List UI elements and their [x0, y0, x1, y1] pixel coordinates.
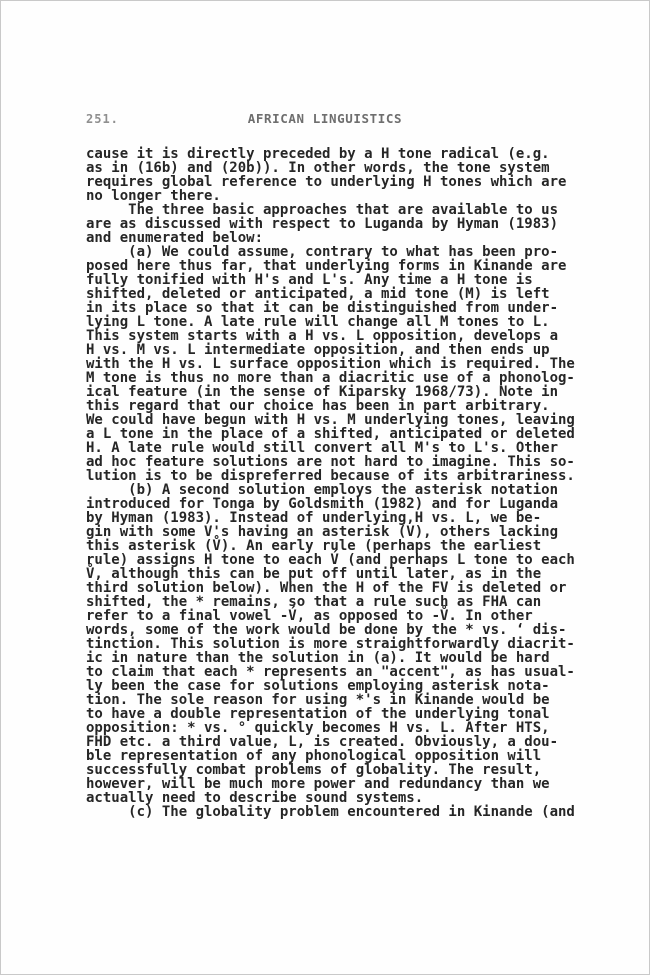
text-line: (a) We could assume, contrary to what ha…	[86, 245, 575, 259]
text-line: lution is to be dispreferred because of …	[86, 469, 575, 483]
text-line: This system starts with a H vs. L opposi…	[86, 329, 575, 343]
text-line: gin with some V's having an asterisk (V)…	[86, 525, 575, 539]
text-line: actually need to describe sound systems.	[86, 791, 575, 805]
text-line: this asterisk (V̊). An early rule (perha…	[86, 539, 575, 553]
text-line: V̊, although this can be put off until l…	[86, 567, 575, 581]
text-line: opposition: * vs. ° quickly becomes H vs…	[86, 721, 575, 735]
text-line: requires global reference to underlying …	[86, 175, 575, 189]
text-line: successfully combat problems of globalit…	[86, 763, 575, 777]
text-line: as in (16b) and (20b)). In other words, …	[86, 161, 575, 175]
text-line: by Hyman (1983). Instead of underlying,H…	[86, 511, 575, 525]
text-line: shifted, the * remains, so that a rule s…	[86, 595, 575, 609]
text-line: (b) A second solution employs the asteri…	[86, 483, 575, 497]
text-line: ble representation of any phonological o…	[86, 749, 575, 763]
text-line: rule) assigns H tone to each V́ (and per…	[86, 553, 575, 567]
text-line: posed here thus far, that underlying for…	[86, 259, 575, 273]
text-line: this regard that our choice has been in …	[86, 399, 575, 413]
text-line: H vs. M vs. L intermediate opposition, a…	[86, 343, 575, 357]
text-line: tion. The sole reason for using *'s in K…	[86, 693, 575, 707]
scanned-page: 251. AFRICAN LINGUISTICS cause it is dir…	[0, 0, 650, 975]
text-line: H. A late rule would still convert all M…	[86, 441, 575, 455]
text-line: in its place so that it can be distingui…	[86, 301, 575, 315]
text-line: M tone is thus no more than a diacritic …	[86, 371, 575, 385]
text-line: shifted, deleted or anticipated, a mid t…	[86, 287, 575, 301]
text-line: tinction. This solution is more straight…	[86, 637, 575, 651]
text-line: and enumerated below:	[86, 231, 575, 245]
text-line: ical feature (in the sense of Kiparsky 1…	[86, 385, 575, 399]
text-line: to claim that each * represents an "acce…	[86, 665, 575, 679]
text-line: ic in nature than the solution in (a). I…	[86, 651, 575, 665]
text-line: are as discussed with respect to Luganda…	[86, 217, 575, 231]
running-header-title: AFRICAN LINGUISTICS	[86, 111, 564, 126]
text-line: fully tonified with H's and L's. Any tim…	[86, 273, 575, 287]
text-line: We could have begun with H vs. M underly…	[86, 413, 575, 427]
text-line: to have a double representation of the u…	[86, 707, 575, 721]
text-line: FHD etc. a third value, L, is created. O…	[86, 735, 575, 749]
text-line: no longer there.	[86, 189, 575, 203]
text-line: ly been the case for solutions employing…	[86, 679, 575, 693]
text-line: lying L tone. A late rule will change al…	[86, 315, 575, 329]
text-line: The three basic approaches that are avai…	[86, 203, 575, 217]
text-line: cause it is directly preceded by a H ton…	[86, 147, 575, 161]
text-line: however, will be much more power and red…	[86, 777, 575, 791]
running-head-row: 251. AFRICAN LINGUISTICS	[86, 111, 564, 126]
text-line: words, some of the work would be done by…	[86, 623, 575, 637]
text-line: introduced for Tonga by Goldsmith (1982)…	[86, 497, 575, 511]
body-text: cause it is directly preceded by a H ton…	[86, 147, 575, 819]
text-line: third solution below). When the H of the…	[86, 581, 575, 595]
text-line: ad hoc feature solutions are not hard to…	[86, 455, 575, 469]
text-line: refer to a final vowel -V́, as opposed t…	[86, 609, 575, 623]
text-line: (c) The globality problem encountered in…	[86, 805, 575, 819]
text-line: with the H vs. L surface opposition whic…	[86, 357, 575, 371]
text-line: a L tone in the place of a shifted, anti…	[86, 427, 575, 441]
